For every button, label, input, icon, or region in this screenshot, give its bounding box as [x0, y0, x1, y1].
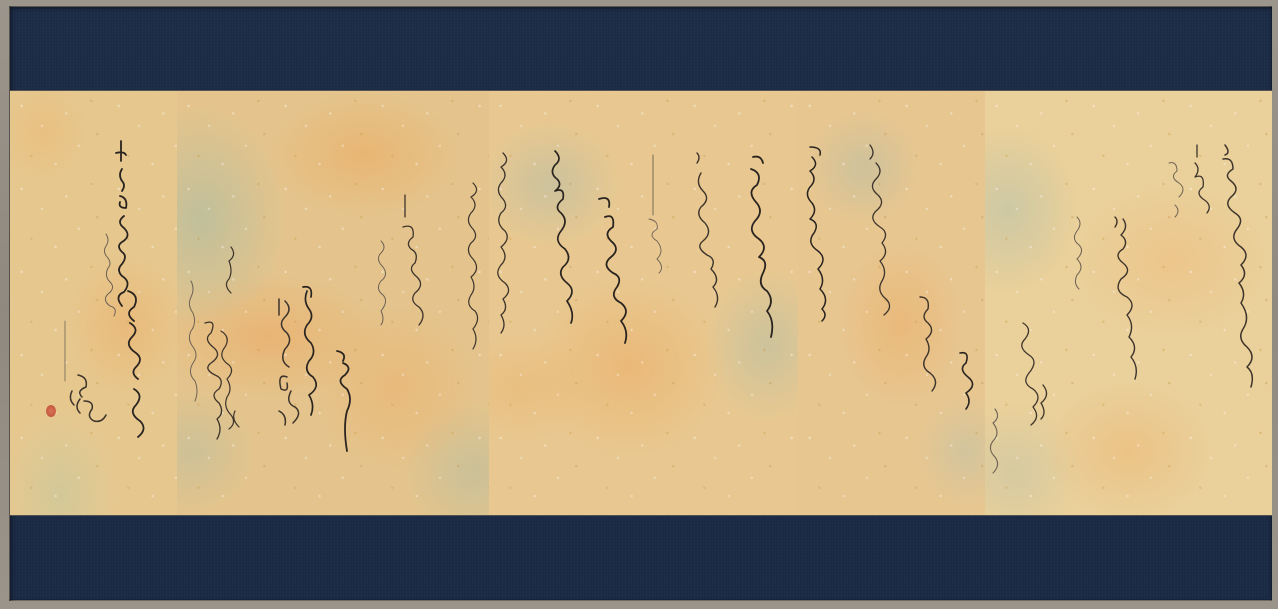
calligraphy-columns [10, 91, 177, 515]
calligraphy-columns [489, 91, 798, 515]
paper-sheet-2 [177, 91, 490, 515]
calligraphy-columns [798, 91, 985, 515]
calligraphy-columns [177, 91, 489, 515]
calligraphy-columns [985, 91, 1272, 515]
picture-frame [0, 0, 1278, 609]
paper-sheet-1 [10, 91, 178, 515]
calligraphy-paper-strip [10, 91, 1272, 515]
paper-sheet-4 [798, 91, 986, 515]
artist-seal-icon [46, 405, 56, 417]
paper-sheet-5 [985, 91, 1272, 515]
paper-sheet-3 [489, 91, 799, 515]
